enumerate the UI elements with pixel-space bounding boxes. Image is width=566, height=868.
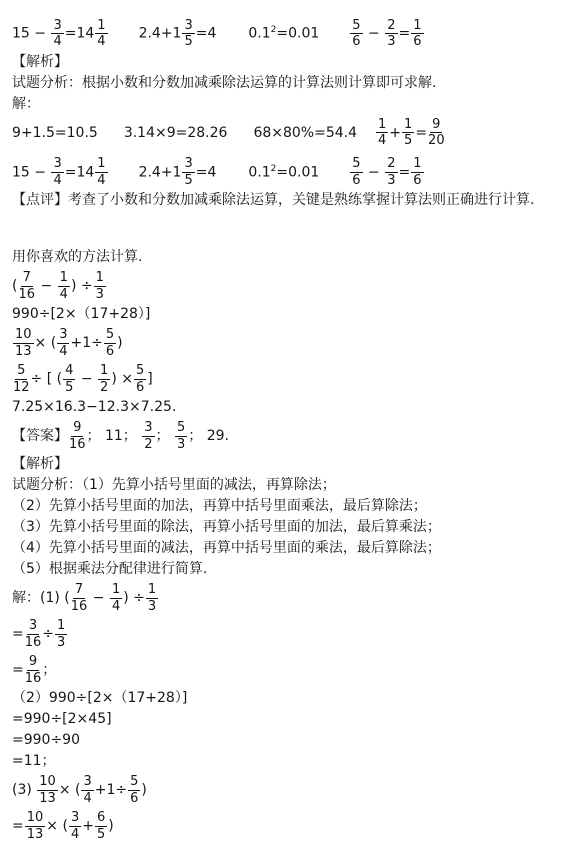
math-text: =: [12, 626, 24, 642]
fraction-numerator: 10: [25, 811, 46, 827]
fraction-denominator: 4: [97, 173, 105, 188]
analysis-step-3: （3）先算小括号里面的除法，再算小括号里面的加法，最后算乘法；: [12, 517, 558, 538]
math-text: 2.4+1: [139, 26, 182, 42]
fraction-numerator: 5: [128, 775, 140, 791]
math-text: =: [415, 125, 427, 141]
fraction-numerator: 1: [95, 157, 107, 173]
math-text: 15 −: [12, 164, 50, 180]
fraction: 13: [146, 583, 158, 613]
math-text: +1÷: [70, 335, 102, 351]
fraction-numerator: 4: [63, 364, 75, 380]
fraction-denominator: 6: [130, 791, 138, 806]
fraction: 13: [55, 619, 67, 649]
fraction-denominator: 20: [428, 133, 445, 148]
analysis-label-2: 【解析】: [12, 454, 558, 475]
math-text: 2.4+1: [139, 164, 182, 180]
math-text: =4: [196, 26, 217, 42]
fraction-numerator: 3: [182, 19, 194, 35]
fraction: 14: [110, 583, 122, 613]
fraction: 14: [58, 271, 70, 301]
math-text: ； 29.: [188, 428, 229, 444]
solution-step-2d: =11；: [12, 751, 558, 772]
math-text: × (: [59, 782, 81, 798]
fraction-denominator: 6: [413, 34, 421, 49]
problem-expression-1: (716 − 14) ÷13: [12, 268, 558, 304]
math-text: 【答案】: [12, 428, 68, 444]
fraction-numerator: 9: [71, 421, 83, 437]
fraction: 35: [182, 19, 194, 49]
fraction-denominator: 4: [53, 34, 61, 49]
analysis-text: 试题分析：根据小数和分数加减乘除法运算的计算法则计算即可求解.: [12, 73, 558, 94]
fraction: 23: [385, 157, 397, 187]
problem-expression-2: 990÷[2×（17+28）]: [12, 304, 558, 325]
fraction-denominator: 4: [53, 173, 61, 188]
fraction-numerator: 10: [37, 775, 58, 791]
math-text: 9+1.5=10.5: [12, 125, 98, 141]
fraction-denominator: 13: [39, 791, 56, 806]
document-content: 15 − 34=14142.4+135=40.12=0.0156 − 23=16…: [12, 12, 558, 844]
fraction-denominator: 16: [18, 287, 35, 302]
fraction: 14: [376, 118, 388, 148]
fraction-numerator: 1: [411, 19, 423, 35]
fraction-numerator: 1: [55, 619, 67, 635]
fraction-denominator: 4: [60, 287, 68, 302]
fraction-numerator: 1: [110, 583, 122, 599]
fraction-numerator: 3: [81, 775, 93, 791]
fraction: 56: [104, 328, 116, 358]
math-text: ÷ [ (: [31, 371, 63, 387]
math-text: −: [364, 164, 385, 180]
math-text: ÷: [42, 626, 54, 642]
spacer-gap: [357, 132, 375, 133]
fraction: 316: [25, 619, 42, 649]
fraction-denominator: 3: [177, 437, 185, 452]
fraction-denominator: 4: [112, 599, 120, 614]
fraction: 53: [175, 421, 187, 451]
fraction: 716: [18, 271, 35, 301]
equation-row-decimals: 9+1.5=10.53.14×9=28.2668×80%=54.414+15=9…: [12, 115, 558, 151]
fraction: 56: [128, 775, 140, 805]
fraction-denominator: 3: [387, 173, 395, 188]
fraction: 15: [402, 118, 414, 148]
fraction-numerator: 3: [51, 19, 63, 35]
equation-row-top: 15 − 34=14142.4+135=40.12=0.0156 − 23=16: [12, 12, 558, 52]
math-text: 0.1: [248, 164, 270, 180]
solution-step-1c: =916；: [12, 652, 558, 688]
fraction-numerator: 1: [146, 583, 158, 599]
spacer-gap: [319, 33, 349, 34]
math-text: +: [389, 125, 401, 141]
math-text: ) ×: [111, 371, 133, 387]
math-text: 3.14×9=28.26: [124, 125, 228, 141]
fraction-numerator: 5: [104, 328, 116, 344]
document: 15 − 34=14142.4+135=40.12=0.0156 − 23=16…: [0, 0, 566, 868]
fraction-denominator: 5: [404, 133, 412, 148]
fraction-denominator: 6: [352, 173, 360, 188]
math-text: ]: [147, 371, 152, 387]
fraction-denominator: 13: [27, 827, 44, 842]
solution-step-3a: (3) 1013× (34+1÷56): [12, 772, 558, 808]
fraction-numerator: 3: [142, 421, 154, 437]
spacer-gap: [319, 172, 349, 173]
fraction-numerator: 9: [27, 655, 39, 671]
fraction: 512: [13, 364, 30, 394]
fraction-numerator: 1: [94, 271, 106, 287]
fraction-denominator: 5: [65, 380, 73, 395]
fraction: 34: [81, 775, 93, 805]
fraction: 56: [134, 364, 146, 394]
problem-expression-4: 512÷ [ (45 − 12) ×56]: [12, 361, 558, 397]
fraction-numerator: 7: [73, 583, 85, 599]
fraction: 16: [411, 19, 423, 49]
math-text: =: [399, 164, 411, 180]
math-text: =0.01: [276, 26, 319, 42]
fraction-denominator: 16: [71, 599, 88, 614]
math-text: 0.1: [248, 26, 270, 42]
fraction: 14: [95, 19, 107, 49]
fraction-numerator: 7: [21, 271, 33, 287]
fraction: 65: [95, 811, 107, 841]
math-text: ； 11；: [87, 428, 142, 444]
math-text: ): [141, 782, 146, 798]
fraction: 920: [428, 118, 445, 148]
fraction: 34: [69, 811, 81, 841]
fraction-numerator: 2: [385, 157, 397, 173]
math-text: (: [12, 278, 17, 294]
problem-expression-5: 7.25×16.3−12.3×7.25.: [12, 397, 558, 418]
analysis-step-5: （5）根据乘法分配律进行简算.: [12, 559, 558, 580]
math-text: −: [88, 590, 109, 606]
spacer-gap: [216, 172, 248, 173]
math-text: −: [76, 371, 97, 387]
fraction-denominator: 5: [97, 827, 105, 842]
math-text: 解：(1) (: [12, 590, 70, 606]
fraction-numerator: 3: [27, 619, 39, 635]
math-text: =4: [196, 164, 217, 180]
solution-step-3b: =1013× (34+65): [12, 808, 558, 844]
fraction-denominator: 6: [352, 34, 360, 49]
blank-gap: [12, 211, 558, 247]
analysis-step-1: 试题分析：（1）先算小括号里面的减法，再算除法；: [12, 475, 558, 496]
fraction: 32: [142, 421, 154, 451]
fraction-denominator: 3: [148, 599, 156, 614]
fraction-denominator: 4: [59, 344, 67, 359]
math-text: ) ÷: [123, 590, 145, 606]
problem-expression-3: 1013× (34+1÷56): [12, 325, 558, 361]
solution-step-2a: （2）990÷[2×（17+28）]: [12, 688, 558, 709]
fraction-numerator: 5: [15, 364, 27, 380]
fraction-numerator: 5: [350, 19, 362, 35]
fraction: 34: [51, 157, 63, 187]
spacer-gap: [98, 132, 124, 133]
fraction-denominator: 13: [15, 344, 32, 359]
comment-text: 【点评】考查了小数和分数加减乘除法运算，关键是熟练掌握计算法则正确进行计算.: [12, 190, 558, 211]
solution-step-2c: =990÷90: [12, 730, 558, 751]
fraction-denominator: 4: [97, 34, 105, 49]
fraction-denominator: 3: [96, 287, 104, 302]
math-text: =0.01: [276, 164, 319, 180]
fraction-denominator: 6: [136, 380, 144, 395]
fraction-numerator: 5: [175, 421, 187, 437]
fraction: 1013: [13, 328, 34, 358]
math-text: =14: [65, 26, 95, 42]
fraction: 56: [350, 19, 362, 49]
problem-title: 用你喜欢的方法计算.: [12, 247, 558, 268]
fraction-numerator: 3: [182, 157, 194, 173]
analysis-label: 【解析】: [12, 52, 558, 73]
math-text: =: [12, 818, 24, 834]
math-text: ；: [42, 662, 56, 678]
fraction-denominator: 6: [413, 173, 421, 188]
fraction: 23: [385, 19, 397, 49]
fraction-denominator: 3: [57, 635, 65, 650]
fraction-numerator: 3: [69, 811, 81, 827]
solve-label: 解：: [12, 94, 558, 115]
fraction: 45: [63, 364, 75, 394]
equation-row-fractions: 15 − 34=14142.4+135=40.12=0.0156 − 23=16: [12, 151, 558, 191]
fraction-denominator: 12: [13, 380, 30, 395]
fraction: 16: [411, 157, 423, 187]
fraction-numerator: 3: [57, 328, 69, 344]
fraction-numerator: 1: [376, 118, 388, 134]
fraction: 916: [69, 421, 86, 451]
solution-step-2b: =990÷[2×45]: [12, 709, 558, 730]
fraction-numerator: 1: [95, 19, 107, 35]
math-text: ): [108, 818, 113, 834]
math-text: ) ÷: [71, 278, 93, 294]
fraction-denominator: 16: [25, 671, 42, 686]
fraction-numerator: 6: [95, 811, 107, 827]
fraction-denominator: 5: [184, 173, 192, 188]
analysis-step-4: （4）先算小括号里面的减法，再算中括号里面的乘法，最后算除法；: [12, 538, 558, 559]
spacer-gap: [227, 132, 253, 133]
spacer-gap: [109, 33, 139, 34]
fraction-denominator: 16: [69, 437, 86, 452]
fraction: 1013: [25, 811, 46, 841]
fraction-denominator: 4: [71, 827, 79, 842]
fraction-numerator: 10: [13, 328, 34, 344]
fraction: 14: [95, 157, 107, 187]
solution-step-1b: =316÷13: [12, 616, 558, 652]
math-text: −: [36, 278, 57, 294]
spacer-gap: [216, 33, 248, 34]
fraction-denominator: 3: [387, 34, 395, 49]
math-text: 68×80%=54.4: [253, 125, 357, 141]
math-text: ): [117, 335, 122, 351]
fraction-denominator: 4: [378, 133, 386, 148]
math-text: −: [364, 26, 385, 42]
fraction-denominator: 16: [25, 635, 42, 650]
spacer-gap: [109, 172, 139, 173]
fraction: 12: [98, 364, 110, 394]
math-text: =: [399, 26, 411, 42]
fraction-numerator: 9: [430, 118, 442, 134]
fraction: 34: [51, 19, 63, 49]
fraction-numerator: 1: [402, 118, 414, 134]
math-text: +1÷: [95, 782, 127, 798]
math-text: +: [82, 818, 94, 834]
fraction: 13: [94, 271, 106, 301]
math-text: × (: [35, 335, 57, 351]
fraction: 56: [350, 157, 362, 187]
math-text: =14: [65, 164, 95, 180]
fraction-numerator: 1: [58, 271, 70, 287]
math-text: ；: [156, 428, 174, 444]
fraction-numerator: 3: [51, 157, 63, 173]
solution-step-1a: 解：(1) (716 − 14) ÷13: [12, 580, 558, 616]
fraction: 716: [71, 583, 88, 613]
math-text: × (: [46, 818, 68, 834]
answer-line: 【答案】916； 11； 32； 53； 29.: [12, 418, 558, 454]
fraction-denominator: 6: [106, 344, 114, 359]
fraction-numerator: 5: [350, 157, 362, 173]
fraction-denominator: 2: [144, 437, 152, 452]
math-text: 15 −: [12, 26, 50, 42]
fraction-denominator: 2: [100, 380, 108, 395]
fraction-denominator: 4: [83, 791, 91, 806]
math-text: =: [12, 662, 24, 678]
fraction: 1013: [37, 775, 58, 805]
math-text: (3): [12, 782, 36, 798]
fraction-denominator: 5: [184, 34, 192, 49]
fraction: 34: [57, 328, 69, 358]
fraction-numerator: 5: [134, 364, 146, 380]
analysis-step-2: （2）先算小括号里面的加法，再算中括号里面乘法，最后算除法；: [12, 496, 558, 517]
fraction: 35: [182, 157, 194, 187]
fraction-numerator: 2: [385, 19, 397, 35]
fraction-numerator: 1: [411, 157, 423, 173]
fraction: 916: [25, 655, 42, 685]
fraction-numerator: 1: [98, 364, 110, 380]
